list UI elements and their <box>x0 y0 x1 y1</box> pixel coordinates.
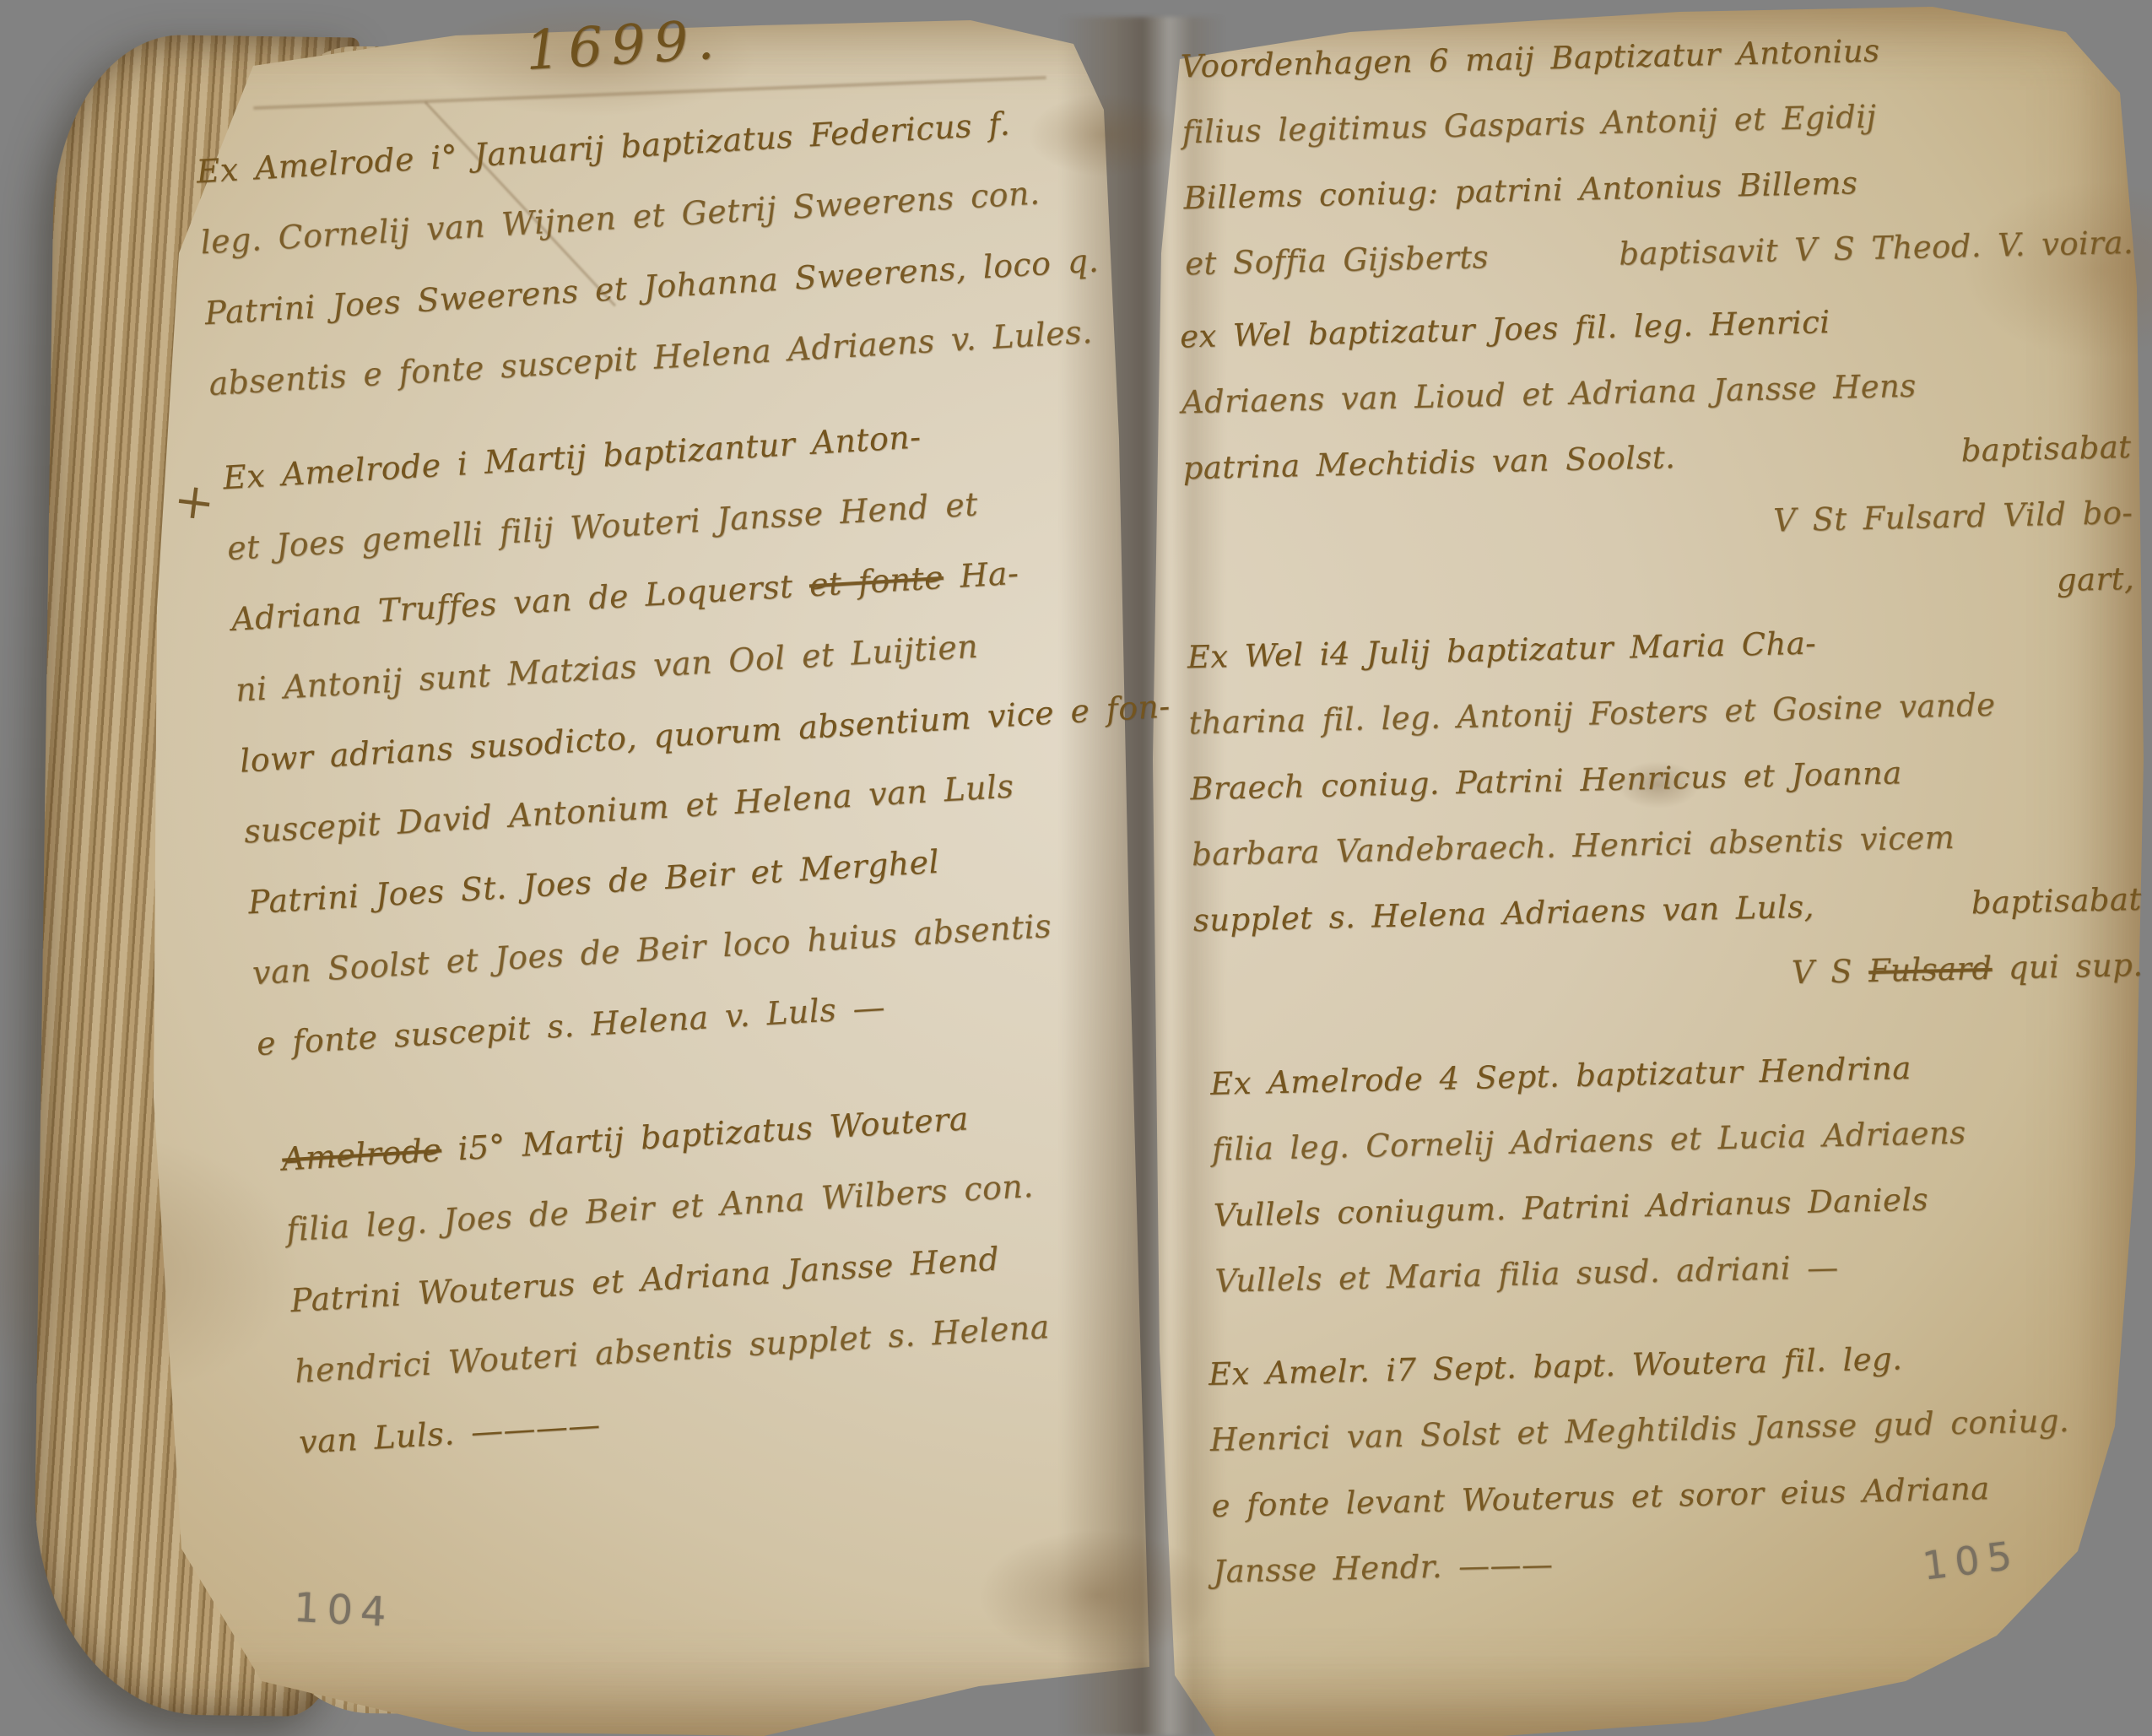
left-page <box>0 0 2152 1736</box>
manuscript-text: i5° Martij baptizatus Woutera <box>441 1100 970 1168</box>
manuscript-text: baptisavit V S Theod. V. voira. <box>1618 210 2133 288</box>
manuscript-line: patrina Mechtidis van Soolst.baptisabat <box>1182 414 2132 501</box>
manuscript-line: V St Fulsard Vild bo- <box>1184 480 2133 567</box>
lp-entry-2: Ex Amelrode i Martij baptizantur Anton-e… <box>221 388 1179 1079</box>
manuscript-line: e fonte levant Wouterus et soror eius Ad… <box>1211 1452 2152 1539</box>
manuscript-line: Ex Amelrode i° Januarij baptizatus Feder… <box>194 82 1118 208</box>
manuscript-line: barbara Vandebraech. Henrici absentis vi… <box>1191 801 2140 888</box>
manuscript-line: et Soffia Gijsbertsbaptisavit V S Theod.… <box>1184 210 2133 297</box>
page-edge-stack-outer <box>32 34 360 1717</box>
manuscript-line: lowr adrians susodicto, quorum absentium… <box>238 671 1162 797</box>
manuscript-text: patrina Mechtidis van Soolst. <box>1182 425 1676 501</box>
left-page-entries: Ex Amelrode i° Januarij baptizatus Feder… <box>187 0 1106 37</box>
right-page-entries: Voordenhagen 6 maij Baptizatur Antoniusf… <box>1173 3 2122 24</box>
manuscript-text: baptisabat <box>1971 867 2143 937</box>
right-page-text: Voordenhagen 6 maij Baptizatur Antoniusf… <box>1173 3 2152 1712</box>
manuscript-text: V S <box>1791 953 1868 991</box>
manuscript-line: Vullels et Maria filia susd. adriani — <box>1214 1227 2152 1314</box>
pencil-page-number-left: 104 <box>293 1584 395 1636</box>
manuscript-line: gart, <box>1185 546 2134 633</box>
manuscript-text: et Soffia Gijsberts <box>1184 224 1489 297</box>
manuscript-line: van Luls. ———— <box>297 1352 1221 1478</box>
manuscript-line: Amelrode i5° Martij baptizatus Woutera <box>280 1069 1204 1195</box>
manuscript-line: Patrini Joes St. Joes de Beir et Merghel <box>246 813 1171 938</box>
manuscript-line: Patrini Wouterus et Adriana Jansse Hend <box>289 1211 1213 1337</box>
manuscript-line: Braech coniug. Patrini Henricus et Joann… <box>1189 735 2138 822</box>
gutter-shadow <box>1060 17 1225 1736</box>
manuscript-text: Adriana Truffes van de Loquerst <box>230 566 810 638</box>
rp-entry-4: Ex Amelrode 4 Sept. baptizatur Hendrinaf… <box>1209 1030 2152 1314</box>
dog-ear-fold-line <box>424 101 616 306</box>
manuscript-line: ni Antonij sunt Matzias van Ool et Luijt… <box>234 600 1158 726</box>
struck-word: Amelrode <box>281 1131 442 1177</box>
year-heading: 1699. <box>524 10 724 81</box>
manuscript-line: van Soolst et Joes de Beir loco huius ab… <box>251 884 1175 1009</box>
manuscript-line: suscepit David Antonium et Helena van Lu… <box>242 742 1166 868</box>
manuscript-line: et Joes gemelli filij Wouteri Jansse Hen… <box>225 459 1149 585</box>
photograph-of-manuscript: { "background_color": "#828282", "paper_… <box>0 0 2152 1736</box>
manuscript-text: baptisabat <box>1960 414 2133 484</box>
manuscript-line: filia leg. Cornelij Adriaens et Lucia Ad… <box>1211 1095 2152 1182</box>
manuscript-line: Adriana Truffes van de Loquerst et fonte… <box>230 529 1154 655</box>
manuscript-line: Henrici van Solst et Meghtildis Jansse g… <box>1209 1387 2152 1474</box>
manuscript-line: Billems coniug: patrini Antonius Billems <box>1183 144 2133 231</box>
paper-stains <box>0 0 2152 1736</box>
manuscript-text: qui sup. <box>1992 947 2144 987</box>
rp-entry-3: Ex Wel i4 Julij baptizatur Maria Cha-tha… <box>1187 603 2144 1019</box>
manuscript-line: leg. Cornelij van Wijnen et Getrij Sweer… <box>198 153 1122 279</box>
right-page <box>0 0 2152 1736</box>
manuscript-line: Ex Wel i4 Julij baptizatur Maria Cha- <box>1187 603 2136 690</box>
lp-entry-1: Ex Amelrode i° Januarij baptizatus Feder… <box>194 82 1131 419</box>
manuscript-line: Voordenhagen 6 maij Baptizatur Antonius <box>1180 13 2129 100</box>
manuscript-line: hendrici Wouteri absentis supplet s. Hel… <box>293 1281 1217 1407</box>
margin-cross-mark: + <box>170 470 219 532</box>
manuscript-line: ex Wel baptizatur Joes fil. leg. Henrici <box>1179 283 2128 370</box>
manuscript-line: e fonte suscepit s. Helena v. Luls — <box>255 954 1179 1079</box>
rp-entry-2: ex Wel baptizatur Joes fil. leg. Henrici… <box>1179 283 2135 633</box>
top-page-edge-line <box>253 76 1046 110</box>
pencil-page-number-right: 105 <box>1920 1532 2022 1589</box>
struck-word: Fulsard <box>1868 950 1993 989</box>
manuscript-line: tharina fil. leg. Antonij Fosters et Gos… <box>1188 669 2138 756</box>
struck-word: et fonte <box>808 559 945 603</box>
rp-entry-1: Voordenhagen 6 maij Baptizatur Antoniusf… <box>1180 13 2134 297</box>
manuscript-line: filius legitimus Gasparis Antonij et Egi… <box>1181 78 2131 165</box>
manuscript-line: Ex Amelrode 4 Sept. baptizatur Hendrina <box>1209 1030 2152 1117</box>
manuscript-line: Vullels coniugum. Patrini Adrianus Danie… <box>1213 1161 2152 1248</box>
manuscript-text: Ha- <box>943 554 1020 596</box>
lp-entry-3: Amelrode i5° Martij baptizatus Wouterafi… <box>280 1069 1221 1478</box>
manuscript-text: supplet s. Helena Adriaens van Luls, <box>1192 874 1815 955</box>
manuscript-line: absentis e fonte suscepit Helena Adriaen… <box>207 294 1131 419</box>
manuscript-line: Adriaens van Lioud et Adriana Jansse Hen… <box>1181 349 2130 435</box>
manuscript-line: Ex Amelrode i Martij baptizantur Anton- <box>221 388 1145 514</box>
manuscript-line: V S Fulsard qui sup. <box>1194 933 2144 1019</box>
manuscript-line: Patrini Joes Sweerens et Johanna Sweeren… <box>203 224 1127 349</box>
manuscript-line: Ex Amelr. i7 Sept. bapt. Woutera fil. le… <box>1208 1321 2152 1408</box>
page-edge-stack-inner <box>270 46 457 1714</box>
manuscript-line: filia leg. Joes de Beir et Anna Wilbers … <box>284 1140 1208 1266</box>
manuscript-line: supplet s. Helena Adriaens van Luls,bapt… <box>1192 867 2142 954</box>
left-page-text: 1699. Ex Amelrode i° Januarij baptizatus… <box>187 0 1206 1705</box>
